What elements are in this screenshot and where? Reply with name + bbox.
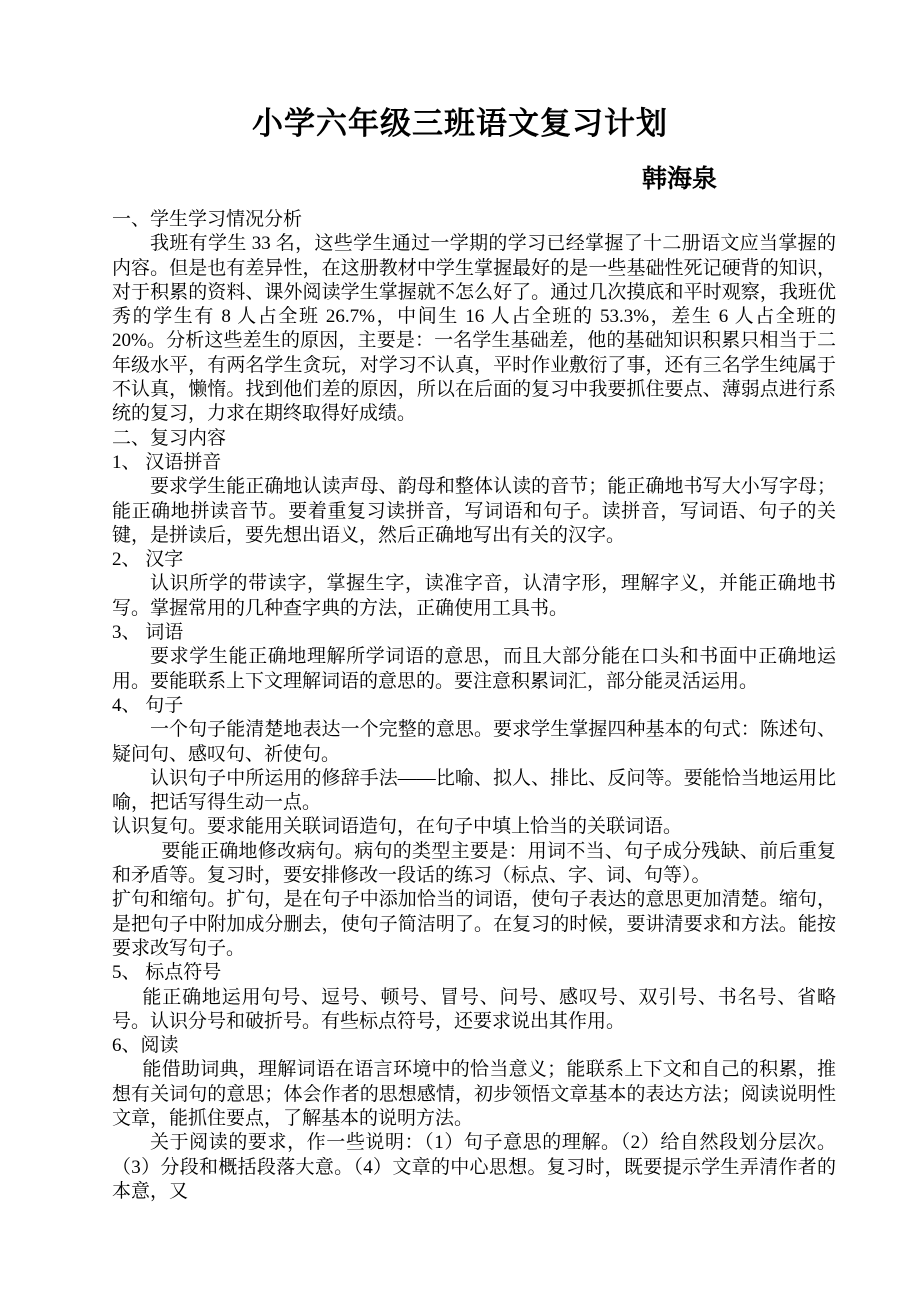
document-author: 韩海泉 — [0, 164, 835, 196]
section-heading: 1、 汉语拼音 — [112, 451, 836, 475]
paragraph: 认识复句。要求能用关联词语造句，在句子中填上恰当的关联词语。 — [112, 815, 836, 839]
section-heading: 6、阅读 — [112, 1034, 836, 1058]
paragraph: 我班有学生 33 名，这些学生通过一学期的学习已经掌握了十二册语文应当掌握的内容… — [112, 232, 836, 426]
paragraph: 关于阅读的要求，作一些说明：（1）句子意思的理解。（2）给自然段划分层次。（3）… — [112, 1131, 836, 1204]
document-body: 一、学生学习情况分析我班有学生 33 名，这些学生通过一学期的学习已经掌握了十二… — [112, 208, 836, 1204]
section-heading: 3、 词语 — [112, 621, 836, 645]
paragraph: 要求学生能正确地认读声母、韵母和整体认读的音节；能正确地书写大小写字母；能正确地… — [112, 475, 836, 548]
paragraph: 能正确地运用句号、逗号、顿号、冒号、问号、感叹号、双引号、书名号、省略号。认识分… — [112, 986, 836, 1035]
paragraph: 一个句子能清楚地表达一个完整的意思。要求学生掌握四种基本的句式：陈述句、疑问句、… — [112, 718, 836, 767]
section-heading: 5、 标点符号 — [112, 961, 836, 985]
section-heading: 二、复习内容 — [112, 427, 836, 451]
document-page: 小学六年级三班语文复习计划 韩海泉 一、学生学习情况分析我班有学生 33 名，这… — [0, 0, 920, 1302]
paragraph: 认识所学的带读字，掌握生字，读准字音，认清字形，理解字义，并能正确地书写。掌握常… — [112, 572, 836, 621]
section-heading: 一、学生学习情况分析 — [112, 208, 836, 232]
section-heading: 4、 句子 — [112, 694, 836, 718]
paragraph: 扩句和缩句。扩句，是在句子中添加恰当的词语，使句子表达的意思更加清楚。缩句，是把… — [112, 888, 836, 961]
document-title: 小学六年级三班语文复习计划 — [0, 104, 920, 144]
paragraph: 认识句子中所运用的修辞手法——比喻、拟人、排比、反问等。要能恰当地运用比喻，把话… — [112, 767, 836, 816]
paragraph: 要能正确地修改病句。病句的类型主要是：用词不当、句子成分残缺、前后重复和矛盾等。… — [112, 840, 836, 889]
paragraph: 要求学生能正确地理解所学词语的意思，而且大部分能在口头和书面中正确地运用。要能联… — [112, 645, 836, 694]
paragraph: 能借助词典，理解词语在语言环境中的恰当意义；能联系上下文和自己的积累，推想有关词… — [112, 1058, 836, 1131]
section-heading: 2、 汉字 — [112, 548, 836, 572]
